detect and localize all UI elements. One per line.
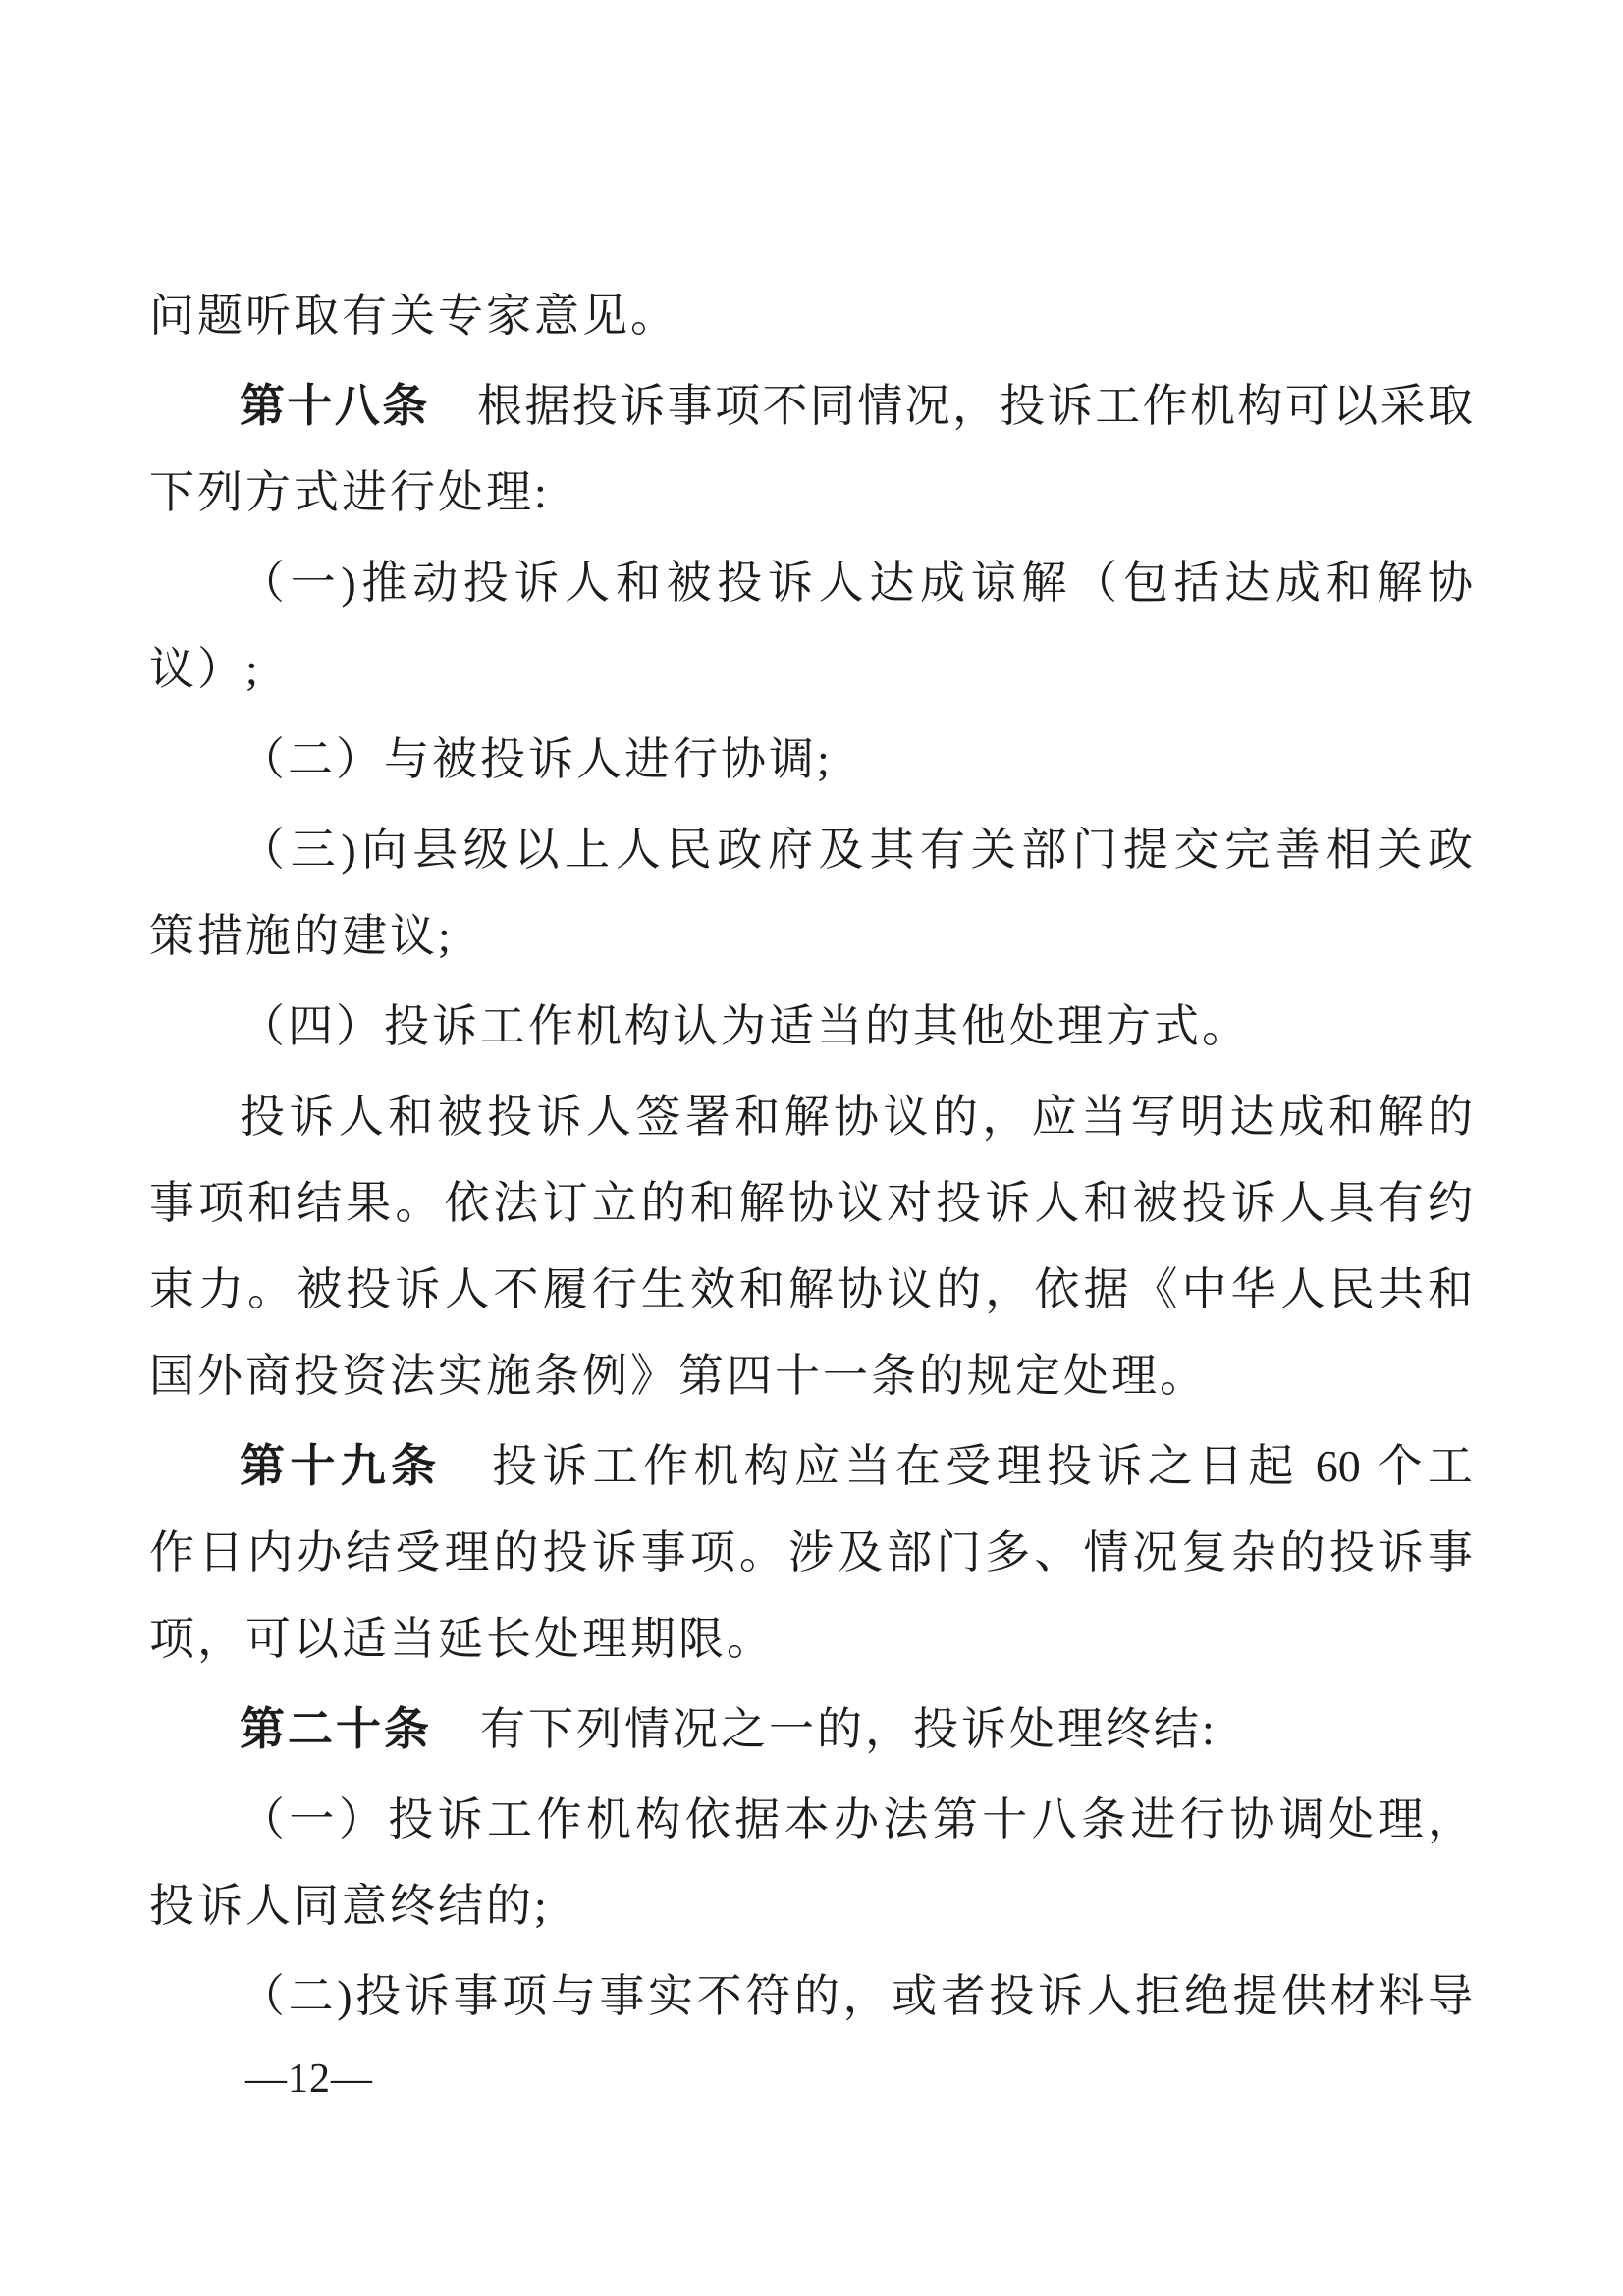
text-line: （三)向县级以上人民政府及其有关部门提交完善相关政 [149, 807, 1473, 893]
text-run: 投诉工作机构应当在受理投诉之日起 60 个工 [442, 1441, 1474, 1491]
text-run: 下列方式进行处理: [149, 467, 550, 517]
text-line: （四）投诉工作机构认为适当的其他处理方式。 [149, 984, 1473, 1070]
text-run: 投诉人同意终结的; [149, 1881, 550, 1931]
article-heading: 第十九条 [240, 1441, 442, 1491]
article-heading: 第十八条 [240, 381, 430, 431]
document-page: 问题听取有关专家意见。第十八条 根据投诉事项不同情况，投诉工作机构可以采取下列方… [0, 0, 1623, 2296]
text-line: （二）与被投诉人进行协调; [149, 717, 1473, 803]
article-heading: 第二十条 [240, 1704, 432, 1754]
text-line: （一）投诉工作机构依据本办法第十八条进行协调处理， [149, 1777, 1473, 1863]
text-line: 策措施的建议; [149, 893, 1473, 980]
text-run: 问题听取有关专家意见。 [149, 291, 678, 341]
text-run: （一）投诉工作机构依据本办法第十八条进行协调处理， [240, 1794, 1473, 1844]
text-line: （一)推动投诉人和被投诉人达成谅解（包括达成和解协 [149, 540, 1473, 626]
text-run: （四）投诉工作机构认为适当的其他处理方式。 [240, 1001, 1250, 1051]
text-run: 议）; [149, 644, 261, 694]
text-line: 作日内办结受理的投诉事项。涉及部门多、情况复杂的投诉事 [149, 1510, 1473, 1596]
text-line: 议）; [149, 626, 1473, 713]
text-run: 投诉人和被投诉人签署和解协议的，应当写明达成和解的 [240, 1092, 1473, 1142]
text-run: 根据投诉事项不同情况，投诉工作机构可以采取 [430, 381, 1473, 431]
page-number: —12— [245, 2050, 373, 2109]
text-run: 项，可以适当延长处理期限。 [149, 1614, 775, 1664]
text-run: 作日内办结受理的投诉事项。涉及部门多、情况复杂的投诉事 [149, 1527, 1473, 1577]
text-line: 第二十条 有下列情况之一的，投诉处理终结: [149, 1686, 1473, 1773]
text-run: 有下列情况之一的，投诉处理终结: [432, 1704, 1217, 1754]
text-line: 投诉人同意终结的; [149, 1863, 1473, 1949]
document-body: 问题听取有关专家意见。第十八条 根据投诉事项不同情况，投诉工作机构可以采取下列方… [149, 273, 1473, 2040]
text-run: （一)推动投诉人和被投诉人达成谅解（包括达成和解协 [240, 558, 1473, 608]
text-line: 第十八条 根据投诉事项不同情况，投诉工作机构可以采取 [149, 363, 1473, 450]
text-run: （二)投诉事项与事实不符的，或者投诉人拒绝提供材料导 [240, 1971, 1473, 2021]
text-line: 束力。被投诉人不履行生效和解协议的，依据《中华人民共和 [149, 1247, 1473, 1333]
text-line: 投诉人和被投诉人签署和解协议的，应当写明达成和解的 [149, 1074, 1473, 1160]
text-line: 事项和结果。依法订立的和解协议对投诉人和被投诉人具有约 [149, 1160, 1473, 1247]
text-run: （三)向县级以上人民政府及其有关部门提交完善相关政 [240, 825, 1473, 875]
text-line: （二)投诉事项与事实不符的，或者投诉人拒绝提供材料导 [149, 1953, 1473, 2040]
text-run: 事项和结果。依法订立的和解协议对投诉人和被投诉人具有约 [149, 1178, 1473, 1228]
text-run: 束力。被投诉人不履行生效和解协议的，依据《中华人民共和 [149, 1264, 1473, 1314]
text-line: 项，可以适当延长处理期限。 [149, 1596, 1473, 1682]
text-run: 国外商投资法实施条例》第四十一条的规定处理。 [149, 1351, 1208, 1401]
text-run: （二）与被投诉人进行协调; [240, 734, 833, 784]
text-line: 第十九条 投诉工作机构应当在受理投诉之日起 60 个工 [149, 1423, 1473, 1510]
text-run: 策措施的建议; [149, 911, 454, 961]
text-line: 国外商投资法实施条例》第四十一条的规定处理。 [149, 1333, 1473, 1419]
text-line: 下列方式进行处理: [149, 450, 1473, 536]
text-line: 问题听取有关专家意见。 [149, 273, 1473, 359]
